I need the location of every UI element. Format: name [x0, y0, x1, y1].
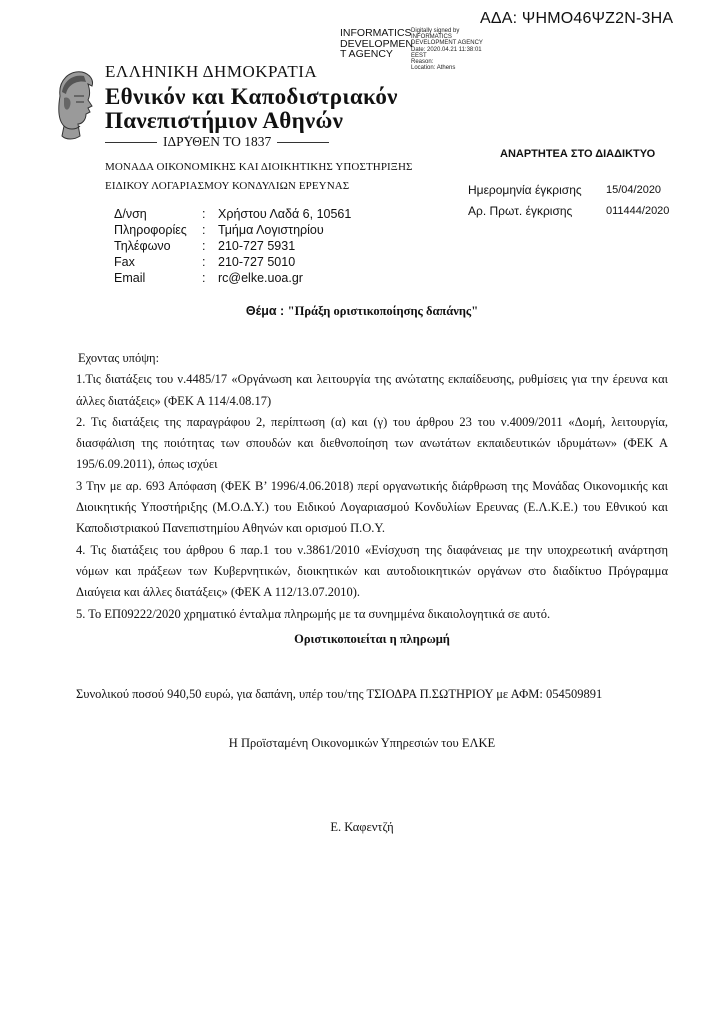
- ada-code: ΑΔΑ: ΨΗΜΟ46ΨΖ2Ν-3ΗΑ: [480, 10, 673, 28]
- contact-email: rc@elke.uoa.gr: [218, 271, 303, 287]
- body-intro: Εχοντας υπόψη:: [78, 348, 668, 369]
- contact-value: 210-727 5931: [218, 239, 295, 255]
- university-name-line1: Εθνικόν και Καποδιστριακόν: [105, 84, 398, 110]
- unit-name-line1: ΜΟΝΑΔΑ ΟΙΚΟΝΟΜΙΚΗΣ ΚΑΙ ΔΙΟΙΚΗΤΙΚΗΣ ΥΠΟΣΤ…: [105, 161, 413, 173]
- contact-colon: :: [202, 207, 218, 223]
- approval-date-label: Ημερομηνία έγκρισης: [468, 183, 606, 204]
- contact-label: Τηλέφωνο: [114, 239, 202, 255]
- contact-value: Χρήστου Λαδά 6, 10561: [218, 207, 351, 223]
- contact-block: Δ/νση : Χρήστου Λαδά 6, 10561 Πληροφορίε…: [114, 207, 351, 287]
- contact-value: Τμήμα Λογιστηρίου: [218, 223, 324, 239]
- document-body: Εχοντας υπόψη: 1.Τις διατάξεις του ν.448…: [76, 348, 668, 650]
- approval-protocol-value: 011444/2020: [606, 204, 669, 225]
- founded-line: ΙΔΡΥΘΕΝ ΤΟ 1837: [105, 134, 329, 150]
- subject-lead: Θέμα :: [246, 304, 288, 318]
- body-item-3: 3 Την με αρ. 693 Απόφαση (ΦΕΚ Β’ 1996/4.…: [76, 476, 668, 540]
- decision-heading: Οριστικοποιείται η πληρωμή: [76, 629, 668, 650]
- divider-right: [277, 142, 329, 143]
- signatory-title: Η Προϊσταμένη Οικονομικών Υπηρεσιών του …: [0, 736, 724, 751]
- signer-line: INFORMATICS: [340, 28, 410, 39]
- subject-title: "Πράξη οριστικοποίησης δαπάνης": [288, 304, 479, 318]
- body-item-4: 4. Τις διατάξεις του άρθρου 6 παρ.1 του …: [76, 540, 668, 604]
- body-item-2: 2. Τις διατάξεις της παραγράφου 2, περίπ…: [76, 412, 668, 476]
- signature-detail-line: Date: 2020.04.21 11:38:01: [411, 47, 491, 53]
- signatory-name: Ε. Καφεντζή: [0, 820, 724, 835]
- body-item-5: 5. Το ΕΠ09222/2020 χρηματικό ένταλμα πλη…: [76, 604, 668, 625]
- contact-row-email: Email : rc@elke.uoa.gr: [114, 271, 351, 287]
- divider-left: [105, 142, 157, 143]
- unit-name-line2: ΕΙΔΙΚΟΥ ΛΟΓΑΡΙΑΣΜΟΥ ΚΟΝΔΥΛΙΩΝ ΕΡΕΥΝΑΣ: [105, 180, 349, 192]
- contact-label: Email: [114, 271, 202, 287]
- contact-row-info: Πληροφορίες : Τμήμα Λογιστηρίου: [114, 223, 351, 239]
- approval-protocol-row: Αρ. Πρωτ. έγκρισης 011444/2020: [468, 204, 669, 225]
- university-name-line2: Πανεπιστήμιον Αθηνών: [105, 108, 343, 134]
- contact-row-fax: Fax : 210-727 5010: [114, 255, 351, 271]
- amount-paragraph: Συνολικού ποσού 940,50 ευρώ, για δαπάνη,…: [76, 684, 668, 705]
- contact-colon: :: [202, 223, 218, 239]
- approval-protocol-label: Αρ. Πρωτ. έγκρισης: [468, 204, 606, 225]
- body-item-1: 1.Τις διατάξεις του ν.4485/17 «Οργάνωση …: [76, 369, 668, 412]
- republic-heading: ΕΛΛΗΝΙΚΗ ΔΗΜΟΚΡΑΤΙΑ: [105, 62, 317, 82]
- contact-colon: :: [202, 271, 218, 287]
- subject-line: Θέμα : "Πράξη οριστικοποίησης δαπάνης": [0, 304, 724, 319]
- athena-head-logo-icon: [54, 66, 98, 150]
- publication-notice: ΑΝΑΡΤΗΤΕΑ ΣΤΟ ΔΙΑΔΙΚΤΥΟ: [500, 148, 655, 160]
- approval-info: Ημερομηνία έγκρισης 15/04/2020 Αρ. Πρωτ.…: [468, 183, 669, 225]
- approval-date-value: 15/04/2020: [606, 183, 661, 204]
- contact-colon: :: [202, 239, 218, 255]
- contact-row-phone: Τηλέφωνο : 210-727 5931: [114, 239, 351, 255]
- founded-text: ΙΔΡΥΘΕΝ ΤΟ 1837: [163, 134, 271, 150]
- digital-signature-details: Digitally signed by INFORMATICS DEVELOPM…: [411, 28, 491, 71]
- contact-label: Fax: [114, 255, 202, 271]
- signature-detail-line: Location: Athens: [411, 65, 491, 71]
- contact-label: Πληροφορίες: [114, 223, 202, 239]
- contact-colon: :: [202, 255, 218, 271]
- contact-value: 210-727 5010: [218, 255, 295, 271]
- approval-date-row: Ημερομηνία έγκρισης 15/04/2020: [468, 183, 669, 204]
- signer-line: T AGENCY: [340, 49, 410, 60]
- contact-row-address: Δ/νση : Χρήστου Λαδά 6, 10561: [114, 207, 351, 223]
- contact-label: Δ/νση: [114, 207, 202, 223]
- digital-signer-name: INFORMATICS DEVELOPMEN T AGENCY: [340, 28, 410, 60]
- signature-detail-line: DEVELOPMENT AGENCY: [411, 40, 491, 46]
